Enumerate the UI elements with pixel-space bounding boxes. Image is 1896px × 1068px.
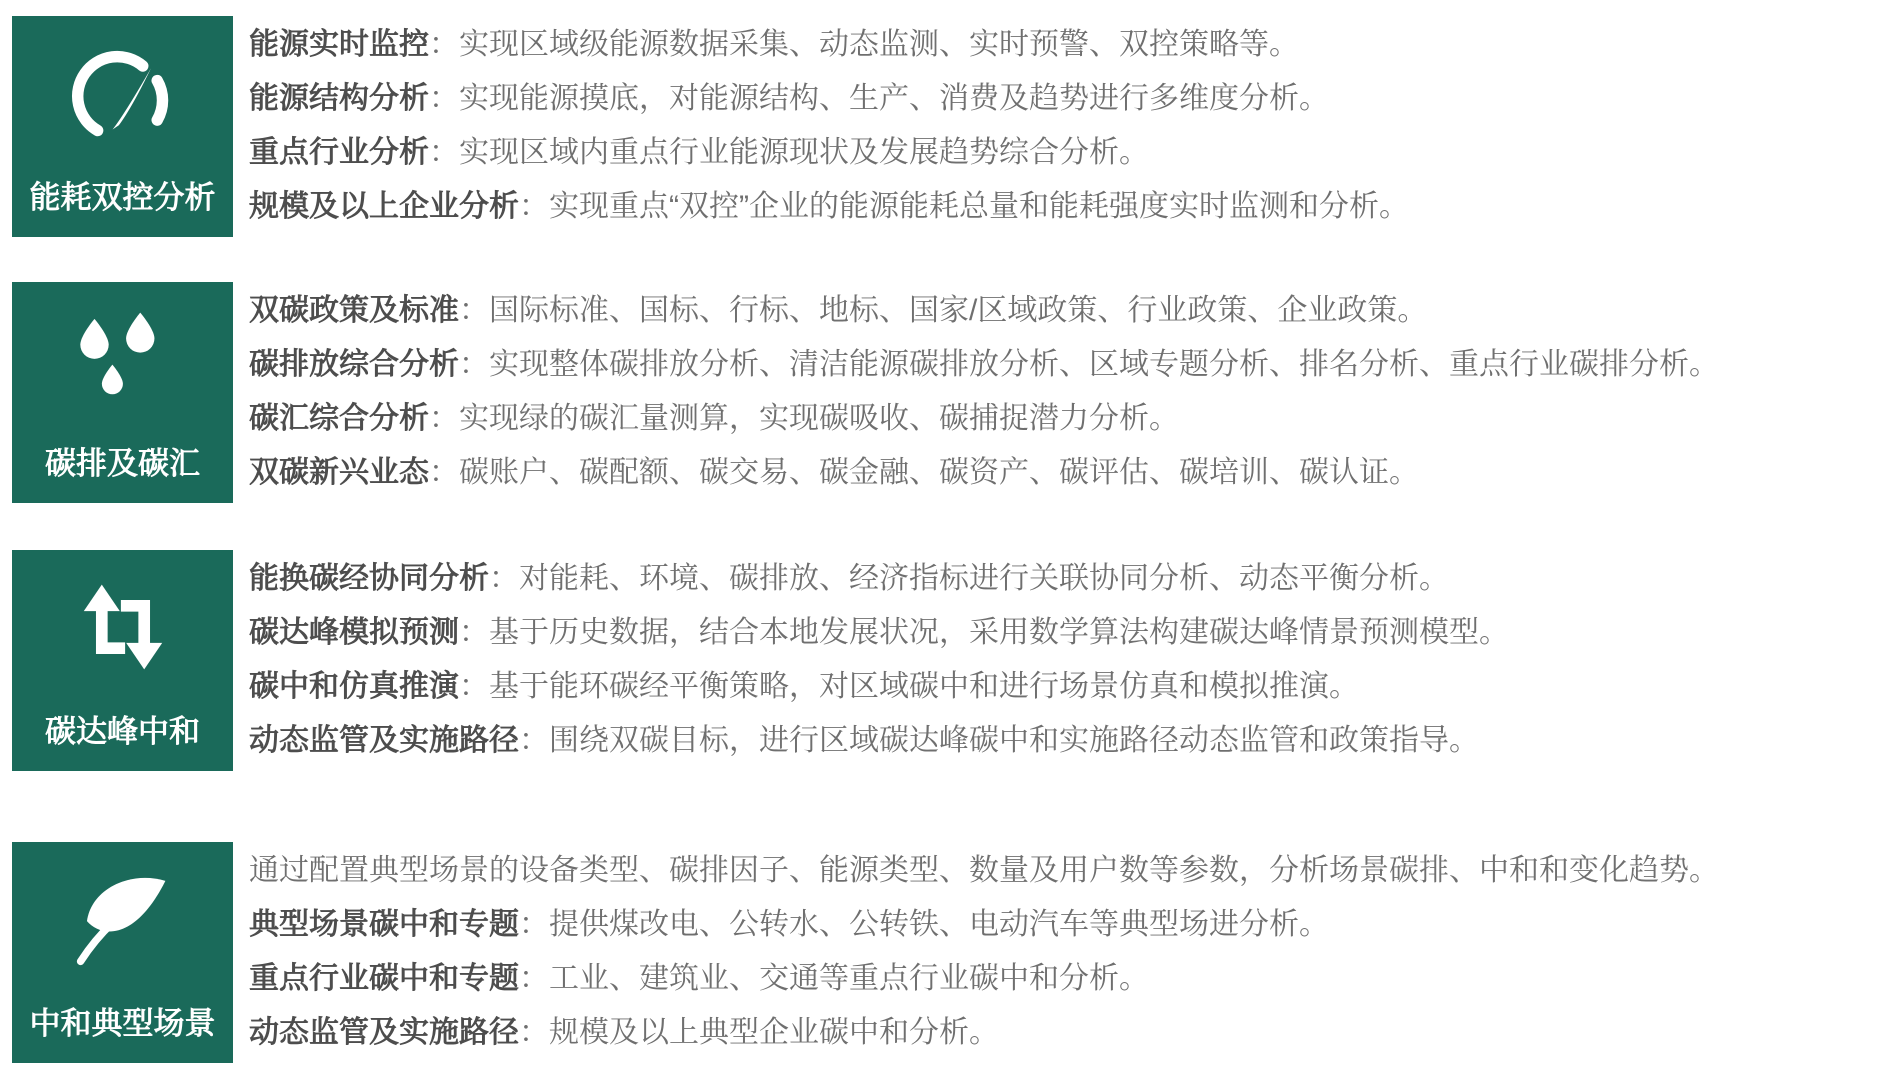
feature-item: 重点行业碳中和专题：工业、建筑业、交通等重点行业碳中和分析。 (249, 952, 1719, 1006)
feature-label: 双碳新兴业态 (249, 456, 429, 489)
feature-item: 重点行业分析：实现区域内重点行业能源现状及发展趋势综合分析。 (249, 126, 1409, 180)
feature-item: 双碳政策及标准：国际标准、国标、行标、地标、国家/区域政策、行业政策、企业政策。 (249, 284, 1719, 338)
feature-desc: 实现区域级能源数据采集、动态监测、实时预警、双控策略等。 (459, 28, 1299, 61)
feature-label: 能源结构分析 (249, 82, 429, 115)
feature-separator: ： (519, 908, 549, 941)
feature-item: 通过配置典型场景的设备类型、碳排因子、能源类型、数量及用户数等参数，分析场景碳排… (249, 844, 1719, 898)
feature-item: 碳汇综合分析：实现绿的碳汇量测算，实现碳吸收、碳捕捉潜力分析。 (249, 392, 1719, 446)
feature-separator: ： (429, 82, 459, 115)
section-text: 双碳政策及标准：国际标准、国标、行标、地标、国家/区域政策、行业政策、企业政策。… (249, 282, 1719, 500)
gauge-icon (67, 40, 179, 144)
feature-separator: ： (459, 616, 489, 649)
feature-item: 能源实时监控：实现区域级能源数据采集、动态监测、实时预警、双控策略等。 (249, 18, 1409, 72)
carbon-peak-neutrality-tile: 碳达峰中和 (12, 550, 233, 771)
leaf-icon (70, 866, 176, 972)
feature-separator: ： (429, 28, 459, 61)
feature-separator: ： (459, 670, 489, 703)
feature-label: 碳达峰模拟预测 (249, 616, 459, 649)
feature-separator: ： (429, 136, 459, 169)
section-text: 能换碳经协同分析：对能耗、环境、碳排放、经济指标进行关联协同分析、动态平衡分析。… (249, 550, 1509, 768)
feature-desc: 通过配置典型场景的设备类型、碳排因子、能源类型、数量及用户数等参数，分析场景碳排… (249, 854, 1719, 887)
feature-desc: 碳账户、碳配额、碳交易、碳金融、碳资产、碳评估、碳培训、碳认证。 (459, 456, 1419, 489)
feature-item: 双碳新兴业态：碳账户、碳配额、碳交易、碳金融、碳资产、碳评估、碳培训、碳认证。 (249, 446, 1719, 500)
energy-dual-control-tile: 能耗双控分析 (12, 16, 233, 237)
section-text: 能源实时监控：实现区域级能源数据采集、动态监测、实时预警、双控策略等。 能源结构… (249, 16, 1409, 234)
tile-label: 能耗双控分析 (12, 172, 233, 217)
feature-label: 能源实时监控 (249, 28, 429, 61)
feature-separator: ： (519, 962, 549, 995)
feature-separator: ： (429, 456, 459, 489)
feature-separator: ： (459, 348, 489, 381)
feature-label: 动态监管及实施路径 (249, 1016, 519, 1049)
feature-label: 双碳政策及标准 (249, 294, 459, 327)
feature-desc: 提供煤改电、公转水、公转铁、电动汽车等典型场进分析。 (549, 908, 1329, 941)
section-carbon-emission-sink: 碳排及碳汇 双碳政策及标准：国际标准、国标、行标、地标、国家/区域政策、行业政策… (12, 282, 1719, 503)
feature-item: 动态监管及实施路径：围绕双碳目标，进行区域碳达峰碳中和实施路径动态监管和政策指导… (249, 714, 1509, 768)
feature-label: 规模及以上企业分析 (249, 190, 519, 223)
feature-desc: 规模及以上典型企业碳中和分析。 (549, 1016, 999, 1049)
feature-item: 碳达峰模拟预测：基于历史数据，结合本地发展状况，采用数学算法构建碳达峰情景预测模… (249, 606, 1509, 660)
section-energy-dual-control: 能耗双控分析 能源实时监控：实现区域级能源数据采集、动态监测、实时预警、双控策略… (12, 16, 1409, 237)
feature-item: 典型场景碳中和专题：提供煤改电、公转水、公转铁、电动汽车等典型场进分析。 (249, 898, 1719, 952)
feature-desc: 围绕双碳目标，进行区域碳达峰碳中和实施路径动态监管和政策指导。 (549, 724, 1479, 757)
feature-desc: 实现重点“双控”企业的能源能耗总量和能耗强度实时监测和分析。 (549, 190, 1409, 223)
feature-desc: 实现绿的碳汇量测算，实现碳吸收、碳捕捉潜力分析。 (459, 402, 1179, 435)
feature-label: 碳汇综合分析 (249, 402, 429, 435)
feature-desc: 实现整体碳排放分析、清洁能源碳排放分析、区域专题分析、排名分析、重点行业碳排分析… (489, 348, 1719, 381)
feature-label: 动态监管及实施路径 (249, 724, 519, 757)
typical-scenarios-tile: 中和典型场景 (12, 842, 233, 1063)
feature-separator: ： (519, 1016, 549, 1049)
section-carbon-peak-neutrality: 碳达峰中和 能换碳经协同分析：对能耗、环境、碳排放、经济指标进行关联协同分析、动… (12, 550, 1509, 771)
feature-desc: 实现能源摸底，对能源结构、生产、消费及趋势进行多维度分析。 (459, 82, 1329, 115)
feature-item: 能源结构分析：实现能源摸底，对能源结构、生产、消费及趋势进行多维度分析。 (249, 72, 1409, 126)
section-text: 通过配置典型场景的设备类型、碳排因子、能源类型、数量及用户数等参数，分析场景碳排… (249, 842, 1719, 1060)
feature-desc: 基于能环碳经平衡策略，对区域碳中和进行场景仿真和模拟推演。 (489, 670, 1359, 703)
feature-label: 典型场景碳中和专题 (249, 908, 519, 941)
feature-label: 能换碳经协同分析 (249, 562, 489, 595)
feature-separator: ： (519, 724, 549, 757)
feature-desc: 对能耗、环境、碳排放、经济指标进行关联协同分析、动态平衡分析。 (519, 562, 1449, 595)
feature-separator: ： (489, 562, 519, 595)
feature-desc: 工业、建筑业、交通等重点行业碳中和分析。 (549, 962, 1149, 995)
section-typical-scenarios: 中和典型场景 通过配置典型场景的设备类型、碳排因子、能源类型、数量及用户数等参数… (12, 842, 1719, 1063)
tile-label: 碳达峰中和 (12, 706, 233, 751)
carbon-emission-sink-tile: 碳排及碳汇 (12, 282, 233, 503)
feature-label: 重点行业碳中和专题 (249, 962, 519, 995)
feature-item: 动态监管及实施路径：规模及以上典型企业碳中和分析。 (249, 1006, 1719, 1060)
feature-label: 碳排放综合分析 (249, 348, 459, 381)
water-drops-icon (71, 306, 175, 416)
feature-label: 重点行业分析 (249, 136, 429, 169)
feature-separator: ： (519, 190, 549, 223)
tile-label: 碳排及碳汇 (12, 438, 233, 483)
feature-item: 碳中和仿真推演：基于能环碳经平衡策略，对区域碳中和进行场景仿真和模拟推演。 (249, 660, 1509, 714)
feature-separator: ： (429, 402, 459, 435)
cycle-arrows-icon (70, 574, 176, 680)
feature-desc: 国际标准、国标、行标、地标、国家/区域政策、行业政策、企业政策。 (489, 294, 1427, 327)
feature-item: 能换碳经协同分析：对能耗、环境、碳排放、经济指标进行关联协同分析、动态平衡分析。 (249, 552, 1509, 606)
feature-desc: 实现区域内重点行业能源现状及发展趋势综合分析。 (459, 136, 1149, 169)
feature-separator: ： (459, 294, 489, 327)
feature-label: 碳中和仿真推演 (249, 670, 459, 703)
feature-desc: 基于历史数据，结合本地发展状况，采用数学算法构建碳达峰情景预测模型。 (489, 616, 1509, 649)
tile-label: 中和典型场景 (12, 998, 233, 1043)
feature-item: 规模及以上企业分析：实现重点“双控”企业的能源能耗总量和能耗强度实时监测和分析。 (249, 180, 1409, 234)
feature-item: 碳排放综合分析：实现整体碳排放分析、清洁能源碳排放分析、区域专题分析、排名分析、… (249, 338, 1719, 392)
